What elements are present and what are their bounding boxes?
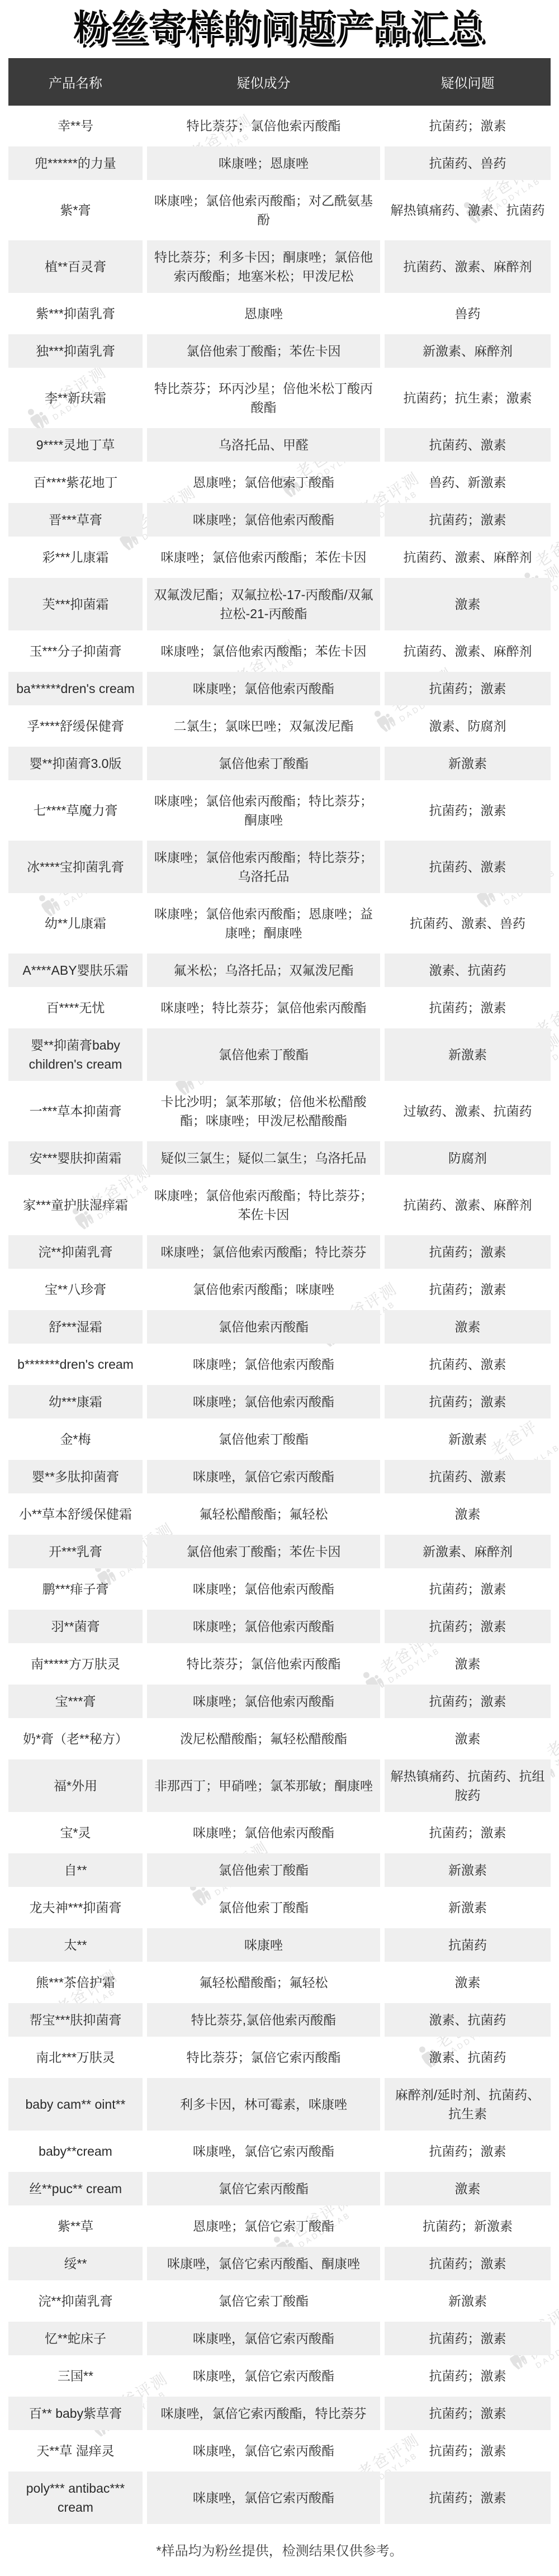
- problems-cell: 激素、抗菌药: [385, 2041, 551, 2074]
- table-row: A****ABY婴肤乐霜氟米松；乌洛托品；双氟泼尼酯激素、抗菌药: [8, 953, 551, 987]
- ingredients-cell: 特比萘芬；氯倍他索丙酸酯: [147, 109, 380, 143]
- table-row: 玉***分子抑菌膏咪康唑；氯倍他索丙酸酯；苯佐卡因抗菌药、激素、麻醉剂: [8, 634, 551, 668]
- table-row: 宝**八珍膏氯倍他索丙酸酯；咪康唑抗菌药；激素: [8, 1273, 551, 1306]
- problems-cell: 激素: [385, 2172, 551, 2205]
- problems-cell: 激素、抗菌药: [385, 953, 551, 987]
- product-name-cell: 百****紫花地丁: [8, 466, 143, 499]
- ingredients-cell: 咪康唑，氯倍它索丙酸酯: [147, 2134, 380, 2168]
- product-name-cell: 彩***儿康霜: [8, 540, 143, 574]
- ingredients-cell: 咪康唑；氯倍他索丙酸酯: [147, 1816, 380, 1849]
- problems-cell: 激素: [385, 578, 551, 630]
- ingredients-cell: 特比萘芬,氯倍他索丙酸酯: [147, 2003, 380, 2037]
- product-name-cell: 幸**号: [8, 109, 143, 143]
- table-row: 婴**多肽抑菌膏咪康唑，氯倍它索丙酸酯抗菌药、激素: [8, 1460, 551, 1493]
- problems-cell: 激素: [385, 1722, 551, 1756]
- ingredients-cell: 氯倍他索丙酸酯；咪康唑: [147, 1273, 380, 1306]
- problems-cell: 抗菌药；抗生素；激素: [385, 372, 551, 424]
- table-body: 幸**号特比萘芬；氯倍他索丙酸酯抗菌药；激素兜******的力量咪康唑；恩康唑抗…: [8, 109, 551, 2524]
- table-row: 自**氯倍他索丁酸酯新激素: [8, 1853, 551, 1887]
- ingredients-cell: 咪康唑；氯倍他索丙酸酯: [147, 1685, 380, 1718]
- problems-cell: 抗菌药；激素: [385, 2134, 551, 2168]
- table-row: 绥**咪康唑，氯倍它索丙酸酯、酮康唑抗菌药；激素: [8, 2247, 551, 2280]
- problems-cell: 新激素: [385, 1853, 551, 1887]
- ingredients-cell: 恩康唑；氯倍他索丁酸酯: [147, 466, 380, 499]
- product-name-cell: 植**百灵膏: [8, 240, 143, 293]
- ingredients-cell: 咪康唑，氯倍它索丙酸酯，特比萘芬: [147, 2397, 380, 2430]
- problems-cell: 抗菌药；激素: [385, 1610, 551, 1643]
- product-name-cell: 宝*灵: [8, 1816, 143, 1849]
- ingredients-cell: 泼尼松醋酸酯；氟轻松醋酸酯: [147, 1722, 380, 1756]
- product-name-cell: 孚****舒缓保健膏: [8, 709, 143, 743]
- ingredients-cell: 乌洛托品、甲醛: [147, 428, 380, 462]
- ingredients-cell: 咪康唑；氯倍他索丙酸酯；对乙酰氨基酚: [147, 184, 380, 236]
- product-name-cell: 三国**: [8, 2359, 143, 2393]
- product-name-cell: 福*外用: [8, 1759, 143, 1812]
- table-row: 南*****方万肤灵特比萘芬；氯倍他索丙酸酯激素: [8, 1647, 551, 1681]
- ingredients-cell: 恩康唑；氯倍它索丁酸酯: [147, 2209, 380, 2243]
- product-name-cell: 羽**菌膏: [8, 1610, 143, 1643]
- product-name-cell: 浣**抑菌乳膏: [8, 1235, 143, 1269]
- table-row: 忆**蛇床子咪康唑，氯倍它索丙酸酯抗菌药；激素: [8, 2322, 551, 2355]
- table-header-row: 产品名称 疑似成分 疑似问题: [8, 58, 551, 106]
- problems-cell: 新激素: [385, 1891, 551, 1924]
- problems-cell: 抗菌药；激素: [385, 2434, 551, 2468]
- product-table: 产品名称 疑似成分 疑似问题 幸**号特比萘芬；氯倍他索丙酸酯抗菌药；激素兜**…: [8, 58, 551, 2524]
- page-title: 粉丝寄样的问题产品汇总: [0, 0, 559, 58]
- problems-cell: 抗菌药、激素: [385, 841, 551, 893]
- product-name-cell: 七****草魔力膏: [8, 784, 143, 837]
- ingredients-cell: 咪康唑；恩康唑: [147, 146, 380, 180]
- ingredients-cell: 咪康唑，氯倍它索丙酸酯: [147, 2471, 380, 2524]
- problems-cell: 抗菌药；激素: [385, 1235, 551, 1269]
- table-row: 独***抑菌乳膏氯倍他索丁酸酯；苯佐卡因新激素、麻醉剂: [8, 334, 551, 368]
- problems-cell: 抗菌药；激素: [385, 991, 551, 1024]
- watermark-text-en: DADDYLAB: [551, 553, 559, 593]
- table-row: 孚****舒缓保健膏二氯生；氯咪巴唑；双氟泼尼酯激素、防腐剂: [8, 709, 551, 743]
- table-row: 宝***膏咪康唑；氯倍他索丙酸酯抗菌药；激素: [8, 1685, 551, 1718]
- ingredients-cell: 咪康唑；氯倍他索丙酸酯: [147, 1348, 380, 1381]
- table-row: 冰****宝抑菌乳膏咪康唑；氯倍他索丙酸酯；特比萘芬；乌洛托品抗菌药、激素: [8, 841, 551, 893]
- table-row: 芙***抑菌霜双氟泼尼酯；双氟拉松-17-丙酸酯/双氟拉松-21-丙酸酯激素: [8, 578, 551, 630]
- ingredients-cell: 氯倍他索丁酸酯；苯佐卡因: [147, 334, 380, 368]
- ingredients-cell: 氯倍他索丁酸酯: [147, 1028, 380, 1081]
- product-name-cell: 兜******的力量: [8, 146, 143, 180]
- product-name-cell: 小**草本舒缓保健霜: [8, 1497, 143, 1531]
- table-row: 太**咪康唑抗菌药: [8, 1928, 551, 1962]
- product-name-cell: 绥**: [8, 2247, 143, 2280]
- ingredients-cell: 疑似三氯生；疑似二氯生；乌洛托品: [147, 1141, 380, 1175]
- problems-cell: 兽药: [385, 297, 551, 330]
- table-row: 一***草本抑菌膏卡比沙明；氯苯那敏；倍他米松醋酸酯；咪康唑；甲泼尼松醋酸酯过敏…: [8, 1085, 551, 1137]
- ingredients-cell: 氯倍他索丁酸酯: [147, 747, 380, 780]
- problems-cell: 抗菌药；新激素: [385, 2209, 551, 2243]
- product-name-cell: 幼**儿康霜: [8, 897, 143, 950]
- product-name-cell: 南*****方万肤灵: [8, 1647, 143, 1681]
- product-name-cell: 晋***草膏: [8, 503, 143, 537]
- problems-cell: 激素: [385, 1647, 551, 1681]
- table-row: baby cam** oint**利多卡因，林可霉素，咪康唑麻醉剂/延时剂、抗菌…: [8, 2078, 551, 2131]
- problems-cell: 抗菌药、兽药: [385, 146, 551, 180]
- ingredients-cell: 咪康唑；氯倍他索丙酸酯: [147, 1572, 380, 1606]
- problems-cell: 抗菌药、激素: [385, 428, 551, 462]
- product-name-cell: ba******dren's cream: [8, 672, 143, 705]
- table-row: 幼***康霜咪康唑；氯倍他索丙酸酯抗菌药；激素: [8, 1385, 551, 1419]
- table-row: 小**草本舒缓保健霜氟轻松醋酸酯；氟轻松激素: [8, 1497, 551, 1531]
- product-name-cell: b*******dren's cream: [8, 1348, 143, 1381]
- product-name-cell: baby**cream: [8, 2134, 143, 2168]
- table-row: 奶*膏（老**秘方）泼尼松醋酸酯；氟轻松醋酸酯激素: [8, 1722, 551, 1756]
- table-row: 幼**儿康霜咪康唑；氯倍他索丙酸酯；恩康唑；益康唑；酮康唑抗菌药、激素、兽药: [8, 897, 551, 950]
- table-row: 帮宝***肤抑菌膏特比萘芬,氯倍他索丙酸酯激素、抗菌药: [8, 2003, 551, 2037]
- table-row: 浣**抑菌乳膏咪康唑；氯倍他索丙酸酯；特比萘芬抗菌药；激素: [8, 1235, 551, 1269]
- product-name-cell: 李**新玞霜: [8, 372, 143, 424]
- ingredients-cell: 咪康唑，氯倍它索丙酸酯: [147, 2434, 380, 2468]
- product-name-cell: 丝**puc** cream: [8, 2172, 143, 2205]
- problems-cell: 兽药、新激素: [385, 466, 551, 499]
- product-name-cell: 9****灵地丁草: [8, 428, 143, 462]
- product-name-cell: 宝**八珍膏: [8, 1273, 143, 1306]
- ingredients-cell: 氟米松；乌洛托品；双氟泼尼酯: [147, 953, 380, 987]
- ingredients-cell: 特比萘芬；氯倍他索丙酸酯: [147, 1647, 380, 1681]
- problems-cell: 激素、防腐剂: [385, 709, 551, 743]
- product-name-cell: 紫**草: [8, 2209, 143, 2243]
- ingredients-cell: 氟轻松醋酸酯；氟轻松: [147, 1497, 380, 1531]
- product-name-cell: baby cam** oint**: [8, 2078, 143, 2131]
- table-row: ba******dren's cream咪康唑；氯倍他索丙酸酯抗菌药；激素: [8, 672, 551, 705]
- problems-cell: 抗菌药；激素: [385, 1816, 551, 1849]
- table-row: 紫**草恩康唑；氯倍它索丁酸酯抗菌药；新激素: [8, 2209, 551, 2243]
- ingredients-cell: 双氟泼尼酯；双氟拉松-17-丙酸酯/双氟拉松-21-丙酸酯: [147, 578, 380, 630]
- header-product-name: 产品名称: [8, 58, 143, 106]
- problems-cell: 抗菌药；激素: [385, 1572, 551, 1606]
- product-name-cell: 婴**多肽抑菌膏: [8, 1460, 143, 1493]
- ingredients-cell: 咪康唑；氯倍他索丙酸酯；恩康唑；益康唑；酮康唑: [147, 897, 380, 950]
- table-row: poly*** antibac*** cream咪康唑，氯倍它索丙酸酯抗菌药；激…: [8, 2471, 551, 2524]
- table-row: baby**cream咪康唑，氯倍它索丙酸酯抗菌药；激素: [8, 2134, 551, 2168]
- table-row: 南北***万肤灵特比萘芬；氯倍它索丙酸酯激素、抗菌药: [8, 2041, 551, 2074]
- table-row: 彩***儿康霜咪康唑；氯倍他索丙酸酯；苯佐卡因抗菌药、激素、麻醉剂: [8, 540, 551, 574]
- ingredients-cell: 咪康唑，氯倍它索丙酸酯、酮康唑: [147, 2247, 380, 2280]
- problems-cell: 抗菌药；激素: [385, 2471, 551, 2524]
- problems-cell: 抗菌药、激素: [385, 1460, 551, 1493]
- table-row: 植**百灵膏特比萘芬；利多卡因；酮康唑；氯倍他索丙酸酯；地塞米松；甲泼尼松抗菌药…: [8, 240, 551, 293]
- product-name-cell: 芙***抑菌霜: [8, 578, 143, 630]
- ingredients-cell: 特比萘芬；氯倍它索丙酸酯: [147, 2041, 380, 2074]
- problems-cell: 抗菌药、激素、麻醉剂: [385, 540, 551, 574]
- ingredients-cell: 卡比沙明；氯苯那敏；倍他米松醋酸酯；咪康唑；甲泼尼松醋酸酯: [147, 1085, 380, 1137]
- product-name-cell: 龙夫神***抑菌膏: [8, 1891, 143, 1924]
- table-row: 开***乳膏氯倍他索丁酸酯；苯佐卡因新激素、麻醉剂: [8, 1535, 551, 1568]
- ingredients-cell: 氯倍他索丙酸酯: [147, 1310, 380, 1344]
- ingredients-cell: 非那西丁；甲硝唑；氯苯那敏；酮康唑: [147, 1759, 380, 1812]
- problems-cell: 新激素: [385, 747, 551, 780]
- product-name-cell: 奶*膏（老**秘方）: [8, 1722, 143, 1756]
- table-row: 紫*膏咪康唑；氯倍他索丙酸酯；对乙酰氨基酚解热镇痛药、激素、抗菌药: [8, 184, 551, 236]
- ingredients-cell: 咪康唑；氯倍他索丙酸酯；特比萘芬；乌洛托品: [147, 841, 380, 893]
- product-name-cell: 幼***康霜: [8, 1385, 143, 1419]
- table-row: 宝*灵咪康唑；氯倍他索丙酸酯抗菌药；激素: [8, 1816, 551, 1849]
- problems-cell: 抗菌药；激素: [385, 109, 551, 143]
- ingredients-cell: 氯倍他索丁酸酯；苯佐卡因: [147, 1535, 380, 1568]
- table-row: 天**草 湿痒灵咪康唑，氯倍它索丙酸酯抗菌药；激素: [8, 2434, 551, 2468]
- ingredients-cell: 氯倍他索丁酸酯: [147, 1422, 380, 1456]
- problems-cell: 过敏药、激素、抗菌药: [385, 1085, 551, 1137]
- problems-cell: 新激素、麻醉剂: [385, 1535, 551, 1568]
- table-row: 百** baby紫草膏咪康唑，氯倍它索丙酸酯，特比萘芬抗菌药；激素: [8, 2397, 551, 2430]
- table-row: 婴**抑菌膏3.0版氯倍他索丁酸酯新激素: [8, 747, 551, 780]
- ingredients-cell: 咪康唑；氯倍他索丙酸酯: [147, 672, 380, 705]
- product-name-cell: 安***婴肤抑菌霜: [8, 1141, 143, 1175]
- product-name-cell: 百** baby紫草膏: [8, 2397, 143, 2430]
- product-name-cell: 玉***分子抑菌膏: [8, 634, 143, 668]
- problems-cell: 抗菌药: [385, 1928, 551, 1962]
- problems-cell: 抗菌药、激素、兽药: [385, 897, 551, 950]
- problems-cell: 抗菌药；激素: [385, 2322, 551, 2355]
- ingredients-cell: 恩康唑: [147, 297, 380, 330]
- problems-cell: 解热镇痛药、激素、抗菌药: [385, 184, 551, 236]
- product-name-cell: 开***乳膏: [8, 1535, 143, 1568]
- product-name-cell: 浣**抑菌乳膏: [8, 2284, 143, 2318]
- product-name-cell: 舒***湿霜: [8, 1310, 143, 1344]
- ingredients-cell: 特比萘芬；利多卡因；酮康唑；氯倍他索丙酸酯；地塞米松；甲泼尼松: [147, 240, 380, 293]
- header-suspected-ingredients: 疑似成分: [147, 58, 380, 106]
- product-name-cell: 紫***抑菌乳膏: [8, 297, 143, 330]
- product-name-cell: 独***抑菌乳膏: [8, 334, 143, 368]
- table-row: 福*外用非那西丁；甲硝唑；氯苯那敏；酮康唑解热镇痛药、抗菌药、抗组胺药: [8, 1759, 551, 1812]
- product-name-cell: 忆**蛇床子: [8, 2322, 143, 2355]
- ingredients-cell: 咪康唑；氯倍他索丙酸酯: [147, 503, 380, 537]
- product-name-cell: 一***草本抑菌膏: [8, 1085, 143, 1137]
- watermark-text-en: DADDYLAB: [551, 1022, 559, 1062]
- problems-cell: 抗菌药；激素: [385, 2359, 551, 2393]
- table-row: 浣**抑菌乳膏氯倍它索丁酸酯新激素: [8, 2284, 551, 2318]
- product-name-cell: 家***童护肤湿痒霜: [8, 1179, 143, 1231]
- ingredients-cell: 氯倍他索丁酸酯: [147, 1853, 380, 1887]
- product-name-cell: 太**: [8, 1928, 143, 1962]
- ingredients-cell: 咪康唑；氯倍他索丙酸酯；苯佐卡因: [147, 540, 380, 574]
- table-row: 紫***抑菌乳膏恩康唑兽药: [8, 297, 551, 330]
- ingredients-cell: 二氯生；氯咪巴唑；双氟泼尼酯: [147, 709, 380, 743]
- product-name-cell: 帮宝***肤抑菌膏: [8, 2003, 143, 2037]
- table-row: 龙夫神***抑菌膏氯倍他索丁酸酯新激素: [8, 1891, 551, 1924]
- ingredients-cell: 咪康唑，氯倍它索丙酸酯: [147, 1460, 380, 1493]
- problems-cell: 抗菌药；激素: [385, 2247, 551, 2280]
- table-row: b*******dren's cream咪康唑；氯倍他索丙酸酯抗菌药、激素: [8, 1348, 551, 1381]
- table-row: 羽**菌膏咪康唑；氯倍他索丙酸酯抗菌药；激素: [8, 1610, 551, 1643]
- problems-cell: 抗菌药；激素: [385, 1385, 551, 1419]
- ingredients-cell: 咪康唑；氯倍他索丙酸酯: [147, 1385, 380, 1419]
- table-row: 幸**号特比萘芬；氯倍他索丙酸酯抗菌药；激素: [8, 109, 551, 143]
- product-name-cell: 婴**抑菌膏3.0版: [8, 747, 143, 780]
- table-row: 婴**抑菌膏baby children's cream氯倍他索丁酸酯新激素: [8, 1028, 551, 1081]
- product-name-cell: 百****无忧: [8, 991, 143, 1024]
- ingredients-cell: 咪康唑，氯倍它索丙酸酯: [147, 2359, 380, 2393]
- product-name-cell: 天**草 湿痒灵: [8, 2434, 143, 2468]
- problems-cell: 麻醉剂/延时剂、抗菌药、抗生素: [385, 2078, 551, 2131]
- problems-cell: 解热镇痛药、抗菌药、抗组胺药: [385, 1759, 551, 1812]
- ingredients-cell: 氯倍它索丙酸酯: [147, 2172, 380, 2205]
- problems-cell: 新激素: [385, 2284, 551, 2318]
- problems-cell: 激素: [385, 1310, 551, 1344]
- ingredients-cell: 利多卡因，林可霉素，咪康唑: [147, 2078, 380, 2131]
- problems-cell: 激素: [385, 1497, 551, 1531]
- ingredients-cell: 特比萘芬；环丙沙星；倍他米松丁酸丙酸酯: [147, 372, 380, 424]
- table-row: 李**新玞霜特比萘芬；环丙沙星；倍他米松丁酸丙酸酯抗菌药；抗生素；激素: [8, 372, 551, 424]
- problems-cell: 抗菌药、激素、麻醉剂: [385, 240, 551, 293]
- table-row: 熊***茶倍护霜氟轻松醋酸酯；氟轻松激素: [8, 1966, 551, 1999]
- ingredients-cell: 氯倍它索丁酸酯: [147, 2284, 380, 2318]
- product-name-cell: 熊***茶倍护霜: [8, 1966, 143, 1999]
- ingredients-cell: 咪康唑；氯倍他索丙酸酯: [147, 1610, 380, 1643]
- problems-cell: 抗菌药；激素: [385, 2397, 551, 2430]
- page: 老爸评测DADDYLAB老爸评测DADDYLAB老爸评测DADDYLAB老爸评测…: [0, 0, 559, 2576]
- problems-cell: 抗菌药、激素、麻醉剂: [385, 634, 551, 668]
- problems-cell: 激素: [385, 1966, 551, 1999]
- problems-cell: 激素、抗菌药: [385, 2003, 551, 2037]
- product-name-cell: 紫*膏: [8, 184, 143, 236]
- table-row: 七****草魔力膏咪康唑；氯倍他索丙酸酯；特比萘芬；酮康唑抗菌药；激素: [8, 784, 551, 837]
- ingredients-cell: 咪康唑: [147, 1928, 380, 1962]
- problems-cell: 防腐剂: [385, 1141, 551, 1175]
- problems-cell: 抗菌药；激素: [385, 1685, 551, 1718]
- problems-cell: 抗菌药、激素: [385, 1348, 551, 1381]
- ingredients-cell: 咪康唑；氯倍他索丙酸酯；苯佐卡因: [147, 634, 380, 668]
- ingredients-cell: 氯倍他索丁酸酯: [147, 1891, 380, 1924]
- table-row: 9****灵地丁草乌洛托品、甲醛抗菌药、激素: [8, 428, 551, 462]
- product-name-cell: 自**: [8, 1853, 143, 1887]
- footnote: *样品均为粉丝提供，检测结果仅供参考。: [0, 2540, 559, 2559]
- ingredients-cell: 氟轻松醋酸酯；氟轻松: [147, 1966, 380, 1999]
- table-row: 丝**puc** cream氯倍它索丙酸酯激素: [8, 2172, 551, 2205]
- problems-cell: 抗菌药、激素、麻醉剂: [385, 1179, 551, 1231]
- table-row: 晋***草膏咪康唑；氯倍他索丙酸酯抗菌药；激素: [8, 503, 551, 537]
- table-row: 舒***湿霜氯倍他索丙酸酯激素: [8, 1310, 551, 1344]
- header-suspected-problems: 疑似问题: [385, 58, 551, 106]
- table-row: 安***婴肤抑菌霜疑似三氯生；疑似二氯生；乌洛托品防腐剂: [8, 1141, 551, 1175]
- product-name-cell: A****ABY婴肤乐霜: [8, 953, 143, 987]
- table-row: 家***童护肤湿痒霜咪康唑；氯倍他索丙酸酯；特比萘芬；苯佐卡因抗菌药、激素、麻醉…: [8, 1179, 551, 1231]
- table-row: 百****无忧咪康唑；特比萘芬；氯倍他索丙酸酯抗菌药；激素: [8, 991, 551, 1024]
- product-name-cell: 南北***万肤灵: [8, 2041, 143, 2074]
- problems-cell: 新激素: [385, 1422, 551, 1456]
- problems-cell: 抗菌药；激素: [385, 784, 551, 837]
- ingredients-cell: 咪康唑；氯倍他索丙酸酯；特比萘芬: [147, 1235, 380, 1269]
- product-name-cell: 金*梅: [8, 1422, 143, 1456]
- table-row: 金*梅氯倍他索丁酸酯新激素: [8, 1422, 551, 1456]
- ingredients-cell: 咪康唑；氯倍他索丙酸酯；特比萘芬；酮康唑: [147, 784, 380, 837]
- ingredients-cell: 咪康唑，氯倍它索丙酸酯: [147, 2322, 380, 2355]
- problems-cell: 新激素、麻醉剂: [385, 334, 551, 368]
- table-row: 三国**咪康唑，氯倍它索丙酸酯抗菌药；激素: [8, 2359, 551, 2393]
- problems-cell: 新激素: [385, 1028, 551, 1081]
- table-row: 兜******的力量咪康唑；恩康唑抗菌药、兽药: [8, 146, 551, 180]
- problems-cell: 抗菌药；激素: [385, 1273, 551, 1306]
- product-name-cell: 鹏***痱子膏: [8, 1572, 143, 1606]
- ingredients-cell: 咪康唑；氯倍他索丙酸酯；特比萘芬；苯佐卡因: [147, 1179, 380, 1231]
- product-name-cell: 宝***膏: [8, 1685, 143, 1718]
- ingredients-cell: 咪康唑；特比萘芬；氯倍他索丙酸酯: [147, 991, 380, 1024]
- problems-cell: 抗菌药；激素: [385, 672, 551, 705]
- table-row: 百****紫花地丁恩康唑；氯倍他索丁酸酯兽药、新激素: [8, 466, 551, 499]
- problems-cell: 抗菌药；激素: [385, 503, 551, 537]
- table-row: 鹏***痱子膏咪康唑；氯倍他索丙酸酯抗菌药；激素: [8, 1572, 551, 1606]
- product-name-cell: 冰****宝抑菌乳膏: [8, 841, 143, 893]
- product-name-cell: 婴**抑菌膏baby children's cream: [8, 1028, 143, 1081]
- product-name-cell: poly*** antibac*** cream: [8, 2471, 143, 2524]
